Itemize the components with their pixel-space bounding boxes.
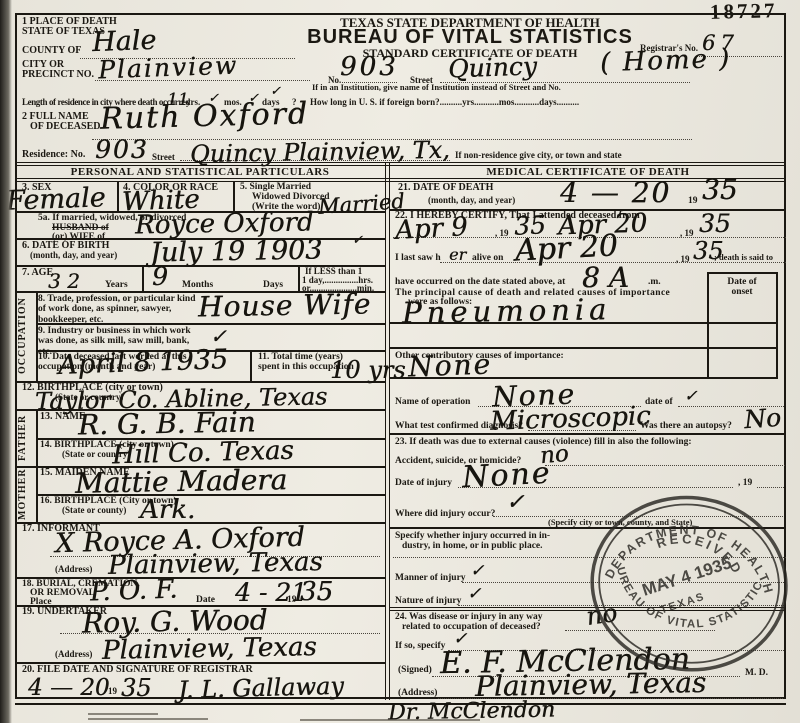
burial-date-value: 4 - 21 bbox=[235, 580, 307, 605]
date-of-death-sublabel: (month, day, and year) bbox=[428, 196, 515, 206]
onset-label-2: onset bbox=[707, 287, 777, 297]
occupation-side-label: OCCUPATION bbox=[17, 293, 28, 379]
year-value-b: 35 bbox=[699, 211, 731, 236]
operation-date-check: ✓ bbox=[684, 388, 697, 404]
manner-of-injury-label: Manner of injury bbox=[395, 573, 466, 583]
test-value: Microscopic bbox=[490, 403, 651, 435]
foreign-born-label: How long in U. S. if foreign born?......… bbox=[310, 98, 579, 108]
file-year-value: 35 bbox=[121, 676, 152, 700]
physician-address-label: (Address) bbox=[398, 688, 437, 698]
scan-edge-shadow bbox=[0, 0, 12, 723]
meridiem-label: .m. bbox=[648, 277, 661, 287]
year-printed-a: , 19 bbox=[495, 229, 509, 239]
mother-birthplace-sublabel: (State or county) bbox=[62, 506, 126, 516]
mother-side-label: MOTHER bbox=[17, 468, 28, 521]
dr-mcclendon-note: Dr. McClendon bbox=[388, 700, 555, 723]
scan-artifact bbox=[88, 713, 158, 715]
informant-address-value: Plainview, Texas bbox=[108, 549, 323, 579]
city-label-2: PRECINCT NO. bbox=[22, 70, 94, 81]
marital-label-1: 5. Single Married bbox=[240, 182, 311, 192]
non-residence-note: If non-residence give city, or town and … bbox=[455, 151, 622, 161]
injury-where-check: ✓ bbox=[506, 492, 524, 514]
mother-name-value: Mattie Madera bbox=[75, 466, 288, 498]
residence-street-value: Quincy Plainview, Tx, bbox=[190, 138, 450, 167]
dob-value: July 19 1903 bbox=[150, 236, 323, 266]
specify-where-label-2: dustry, in home, or in public place. bbox=[402, 541, 543, 551]
onset-box-top bbox=[707, 272, 777, 274]
age-years-value: 3 2 bbox=[48, 271, 80, 291]
burial-place-value: P. O. F. bbox=[90, 576, 178, 605]
injury-where-label: Where did injury occur? bbox=[395, 509, 495, 519]
trade-label: 8. Trade, profession, or particular kind… bbox=[38, 294, 198, 325]
residence-street-label: Street bbox=[152, 153, 175, 163]
injury-date-label: Date of injury bbox=[395, 478, 452, 488]
street-extra-value: ( Home ) bbox=[600, 46, 732, 77]
onset-label-1: Date of bbox=[707, 277, 777, 287]
serial-number: 18727 bbox=[710, 0, 778, 24]
full-name-value: Ruth Oxford bbox=[100, 99, 310, 134]
manner-check: ✓ bbox=[470, 563, 484, 580]
burial-year-value: 35 bbox=[300, 579, 333, 605]
dotted-leader bbox=[757, 487, 784, 488]
mother-birthplace-value: Ark. bbox=[140, 497, 195, 523]
age-years-label: Years bbox=[105, 280, 128, 290]
institution-note: If in an Institution, give name of Insti… bbox=[312, 83, 561, 92]
last-saw-label-2: alive on bbox=[472, 253, 503, 263]
informant-address-label: (Address) bbox=[55, 565, 92, 575]
undertaker-address-label: (Address) bbox=[55, 650, 92, 660]
related-label-1: 24. Was disease or injury in any way bbox=[395, 612, 542, 622]
father-name-value: R. G. B. Fain bbox=[78, 408, 256, 439]
left-column-header: PERSONAL AND STATISTICAL PARTICULARS bbox=[15, 167, 385, 179]
date-of-death-label: 21. DATE OF DEATH bbox=[398, 183, 493, 194]
cell-divider bbox=[298, 266, 300, 291]
attended-from-value: Apr 9 bbox=[394, 214, 468, 244]
dod-year-printed: 19 bbox=[688, 196, 698, 206]
father-side-label: FATHER bbox=[17, 411, 28, 464]
hour-value: 8 A bbox=[582, 264, 629, 292]
county-label: COUNTY OF bbox=[22, 46, 81, 57]
occurred-label: have occurred on the date stated above, … bbox=[395, 277, 565, 287]
dob-check: ✓ bbox=[352, 234, 363, 247]
injury-19-printed: , 19 bbox=[738, 478, 752, 488]
operation-label: Name of operation bbox=[395, 397, 470, 407]
cell-divider bbox=[250, 350, 252, 381]
column-divider bbox=[385, 163, 390, 700]
nature-check: ✓ bbox=[467, 586, 481, 603]
related-label-2: related to occupation of deceased? bbox=[402, 622, 541, 632]
age-months-value: 9 bbox=[152, 264, 168, 289]
registrar-signature: J. L. Gallaway bbox=[178, 674, 344, 702]
full-name-label-2: OF DECEASED bbox=[30, 122, 100, 133]
industry-check: ✓ bbox=[210, 326, 227, 346]
contributory-value: None bbox=[408, 351, 493, 382]
file-date-value: 4 — 20 bbox=[28, 677, 110, 700]
trade-value: House Wife bbox=[198, 290, 372, 321]
age-months-label: Months bbox=[182, 280, 213, 290]
county-value: Hale bbox=[92, 27, 157, 56]
residence-no-value: 903 bbox=[95, 137, 149, 162]
last-saw-label-1: I last saw h bbox=[395, 253, 441, 263]
year-value-c: 35 bbox=[693, 239, 724, 263]
signed-label: (Signed) bbox=[398, 665, 432, 675]
residence-label: Residence: No. bbox=[22, 150, 85, 161]
autopsy-value: No bbox=[743, 405, 782, 433]
autopsy-label: Was there an autopsy? bbox=[640, 421, 732, 431]
stamp-date-text: MAY 4 1935 bbox=[640, 553, 734, 600]
dotted-leader bbox=[545, 465, 785, 466]
specify-where-label-1: Specify whether injury occurred in in- bbox=[395, 531, 550, 541]
cause-of-death-value: Pneumonia bbox=[402, 295, 612, 328]
cell-divider bbox=[142, 266, 144, 291]
undertaker-address-value: Plainview, Texas bbox=[102, 634, 317, 664]
last-saw-her: er bbox=[449, 247, 466, 263]
cell-divider bbox=[233, 181, 235, 211]
if-so-specify-label: If so, specify bbox=[395, 641, 445, 651]
date-of-death-value: 4 — 20 bbox=[560, 179, 671, 207]
injury-date-value: None bbox=[461, 459, 552, 494]
scan-artifact bbox=[88, 718, 208, 720]
house-no-value: 903 bbox=[340, 54, 399, 80]
year-printed-b: , 19 bbox=[680, 229, 694, 239]
dob-sublabel: (month, day, and year) bbox=[30, 251, 117, 261]
total-time-value: 10 yrs bbox=[330, 358, 406, 382]
stamp-texas-text: TEXAS bbox=[659, 591, 707, 617]
street-value: Quincy bbox=[448, 53, 538, 81]
death-certificate-scan: 18727 1 PLACE OF DEATH STATE OF TEXAS TE… bbox=[0, 0, 800, 723]
city-value: Plainview bbox=[98, 53, 239, 83]
cell-divider bbox=[117, 181, 119, 211]
sex-value: Female bbox=[6, 184, 106, 214]
year-printed-c: , 19 bbox=[676, 255, 690, 265]
dod-year-value: 35 bbox=[702, 176, 738, 204]
received-stamp: DEPARTMENT OF HEALTH BUREAU OF VITAL STA… bbox=[576, 481, 800, 687]
last-worked-value: April 8 1935 bbox=[58, 346, 229, 379]
nature-of-injury-label: Nature of injury bbox=[395, 596, 461, 606]
